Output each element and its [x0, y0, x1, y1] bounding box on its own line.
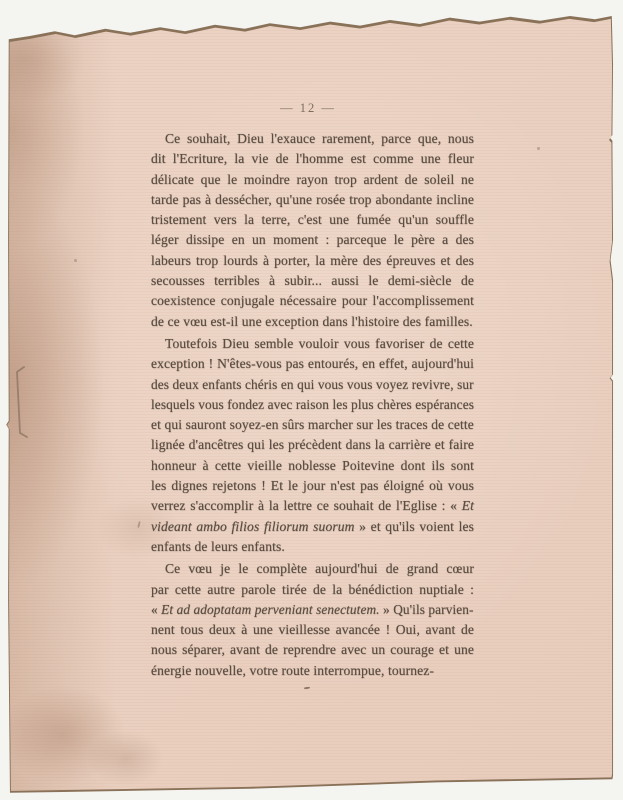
body-text: » et qu'ils voient les — [355, 519, 474, 534]
body-text: par cette autre parole tirée de la bénéd… — [151, 582, 474, 597]
text-line: des deux enfants chéris en qui vous vous… — [151, 375, 468, 395]
text-line: tarde pas à dessécher, qu'une rosée trop… — [151, 190, 474, 210]
text-line: coexistence conjugale nécessaire pour l'… — [151, 291, 474, 311]
body-text: verrez s'accomplir à la lettre ce souhai… — [151, 498, 462, 513]
latin-quote-text: Et — [462, 498, 474, 513]
body-text: délicate que le moindre rayon trop arden… — [151, 172, 474, 187]
ink-speck — [74, 259, 77, 262]
text-line: verrez s'accomplir à la lettre ce souhai… — [151, 496, 474, 516]
body-text: Ce vœu je le complète aujourd'hui de gra… — [165, 561, 474, 576]
text-line: par cette autre parole tirée de la bénéd… — [151, 580, 474, 600]
text-line: « Et ad adoptatam perveniant senectutem.… — [151, 600, 467, 620]
body-text: léger dissipe en un moment : parceque le… — [151, 232, 474, 247]
text-line: lesquels vous fondez avec raison les plu… — [151, 395, 468, 415]
text-line: Ce vœu je le complète aujourd'hui de gra… — [151, 559, 474, 579]
text-line: enfants de leurs enfants. — [151, 537, 474, 557]
staple-mark — [11, 361, 35, 445]
paragraph: Toutefois Dieu semble vouloir vous favor… — [151, 334, 474, 557]
text-line: léger dissipe en un moment : parceque le… — [151, 230, 474, 250]
text-line: exception ! N'êtes-vous pas entourés, en… — [151, 354, 474, 374]
body-text: dit l'Ecriture, la vie de l'homme est co… — [151, 151, 474, 166]
text-line: les dignes rejetons ! Et le jour n'est p… — [151, 476, 474, 496]
text-line: secousses terribles à subir... aussi le … — [151, 271, 474, 291]
latin-quote-text: videant ambo filios filiorum suorum — [151, 519, 355, 534]
body-text: Ce souhait, Dieu l'exauce rarement, parc… — [165, 131, 474, 146]
body-text: labeurs trop lourds à porter, la mère de… — [151, 253, 474, 268]
text-line: nent tous deux à une vieillesse avancée … — [151, 620, 474, 640]
text-line: labeurs trop lourds à porter, la mère de… — [151, 251, 474, 271]
body-text: lignée d'ancêtres qui les précèdent dans… — [151, 437, 474, 452]
body-text: Toutefois Dieu semble vouloir vous favor… — [165, 336, 474, 351]
paragraph: Ce vœu je le complète aujourd'hui de gra… — [151, 559, 474, 681]
paragraph: Ce souhait, Dieu l'exauce rarement, parc… — [151, 129, 474, 332]
ink-speck — [304, 687, 310, 690]
body-text: et qui sauront soyez-en sûrs marcher sur… — [151, 417, 474, 432]
text-line: Ce souhait, Dieu l'exauce rarement, parc… — [151, 129, 474, 149]
text-line: tristement vers la terre, c'est une fumé… — [151, 210, 474, 230]
ink-speck — [537, 147, 540, 150]
body-text: nous séparer, avant de reprendre avec un… — [151, 642, 474, 657]
text-line: Toutefois Dieu semble vouloir vous favor… — [151, 334, 474, 354]
body-text: « — [151, 602, 161, 617]
text-line: nous séparer, avant de reprendre avec un… — [151, 640, 474, 660]
body-text: secousses terribles à subir... aussi le … — [151, 273, 474, 288]
text-line: énergie nouvelle, votre route interrompu… — [151, 661, 474, 681]
body-text: lesquels vous fondez avec raison les plu… — [151, 397, 474, 412]
text-line: délicate que le moindre rayon trop arden… — [151, 170, 474, 190]
body-text: honneur à cette vieille noblesse Poitevi… — [151, 458, 474, 473]
body-text: tarde pas à dessécher, qu'une rosée trop… — [151, 192, 474, 207]
body-text: exception ! N'êtes-vous pas entourés, en… — [151, 356, 474, 371]
page-number: — 12 — — [147, 101, 469, 116]
body-text: de ce vœu est-il une exception dans l'hi… — [151, 314, 473, 329]
body-text: nent tous deux à une vieillesse avancée … — [151, 622, 474, 637]
text-line: et qui sauront soyez-en sûrs marcher sur… — [151, 415, 473, 435]
body-text: coexistence conjugale nécessaire pour l'… — [151, 293, 474, 308]
text-line: videant ambo filios filiorum suorum » et… — [151, 517, 474, 537]
text-line: honneur à cette vieille noblesse Poitevi… — [151, 456, 474, 476]
body-text: » Qu'ils parvien- — [380, 602, 474, 617]
ink-speck — [137, 521, 141, 528]
body-text: tristement vers la terre, c'est une fumé… — [151, 212, 474, 227]
text-line: dit l'Ecriture, la vie de l'homme est co… — [151, 149, 474, 169]
body-text: enfants de leurs enfants. — [151, 539, 285, 554]
body-text: des deux enfants chéris en qui vous vous… — [151, 377, 474, 392]
latin-quote-text: Et ad adoptatam perveniant senectutem. — [161, 602, 379, 617]
body-text: les dignes rejetons ! Et le jour n'est p… — [151, 478, 474, 493]
body-text: énergie nouvelle, votre route interrompu… — [151, 663, 434, 678]
scanned-page-photo: — 12 — Ce souhait, Dieu l'exauce raremen… — [0, 0, 623, 800]
text-line: lignée d'ancêtres qui les précèdent dans… — [151, 435, 474, 455]
text-line: de ce vœu est-il une exception dans l'hi… — [151, 312, 474, 332]
text-block: Ce souhait, Dieu l'exauce rarement, parc… — [151, 129, 474, 681]
paper-sheet: — 12 — Ce souhait, Dieu l'exauce raremen… — [1, 3, 622, 798]
